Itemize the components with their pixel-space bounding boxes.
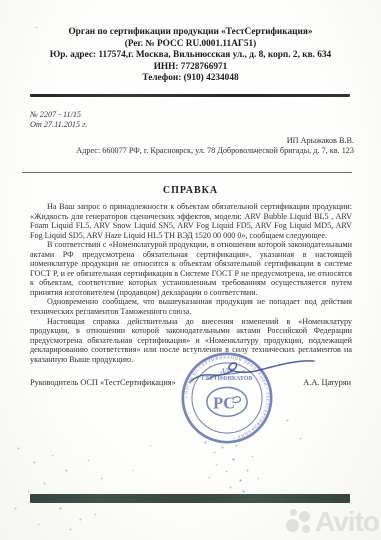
signature-role: Руководитель ОСП «ТестСертификация» <box>30 378 176 387</box>
letterhead-address: Юр. адрес: 117574,г. Москва, Вильнюсская… <box>0 50 381 62</box>
recipient-address: Адрес: 660077 РФ, г. Красноярск, ул. 78 … <box>14 146 354 156</box>
recipient-block: ИП Арыжаков В.В. Адрес: 660077 РФ, г. Кр… <box>14 136 354 156</box>
reference-number: № 2207 - 11/15 <box>30 110 87 120</box>
document-title: СПРАВКА <box>0 185 381 196</box>
document-body: На Ваш запрос о принадлежности к объекта… <box>30 202 352 364</box>
scanned-document: Орган по сертификации продукции «ТестСер… <box>0 0 381 540</box>
paragraph-2: В соответствии с «Номенклатурой продукци… <box>30 240 352 297</box>
divider-thick <box>30 94 350 97</box>
table-edge-strip <box>30 494 350 503</box>
letterhead-phone: Телефон: (910) 4234048 <box>0 73 381 85</box>
stamp-center-logo: РС <box>213 394 235 413</box>
letterhead-reg-number: (Рег. № РОСС RU.0001.11АГ51) <box>0 39 381 51</box>
reference-date: От 27.11.2015 г. <box>30 120 87 130</box>
handwritten-signature <box>186 352 318 394</box>
avito-watermark: Avito <box>286 508 379 536</box>
recipient-name: ИП Арыжаков В.В. <box>14 136 354 146</box>
reference-block: № 2207 - 11/15 От 27.11.2015 г. <box>30 110 87 130</box>
avito-watermark-text: Avito <box>315 508 379 536</box>
scan-noise-gray <box>0 0 1 1</box>
divider-thin <box>22 172 352 173</box>
letterhead: Орган по сертификации продукции «ТестСер… <box>0 27 381 85</box>
paragraph-3: Одновременно сообщаем, что вышеуказанная… <box>30 297 352 316</box>
letterhead-inn: ИНН: 7728766971 <box>0 62 381 74</box>
avito-logo-icon <box>286 508 314 536</box>
paragraph-1: На Ваш запрос о принадлежности к объекта… <box>30 202 352 240</box>
letterhead-org-name: Орган по сертификации продукции «ТестСер… <box>0 27 381 39</box>
